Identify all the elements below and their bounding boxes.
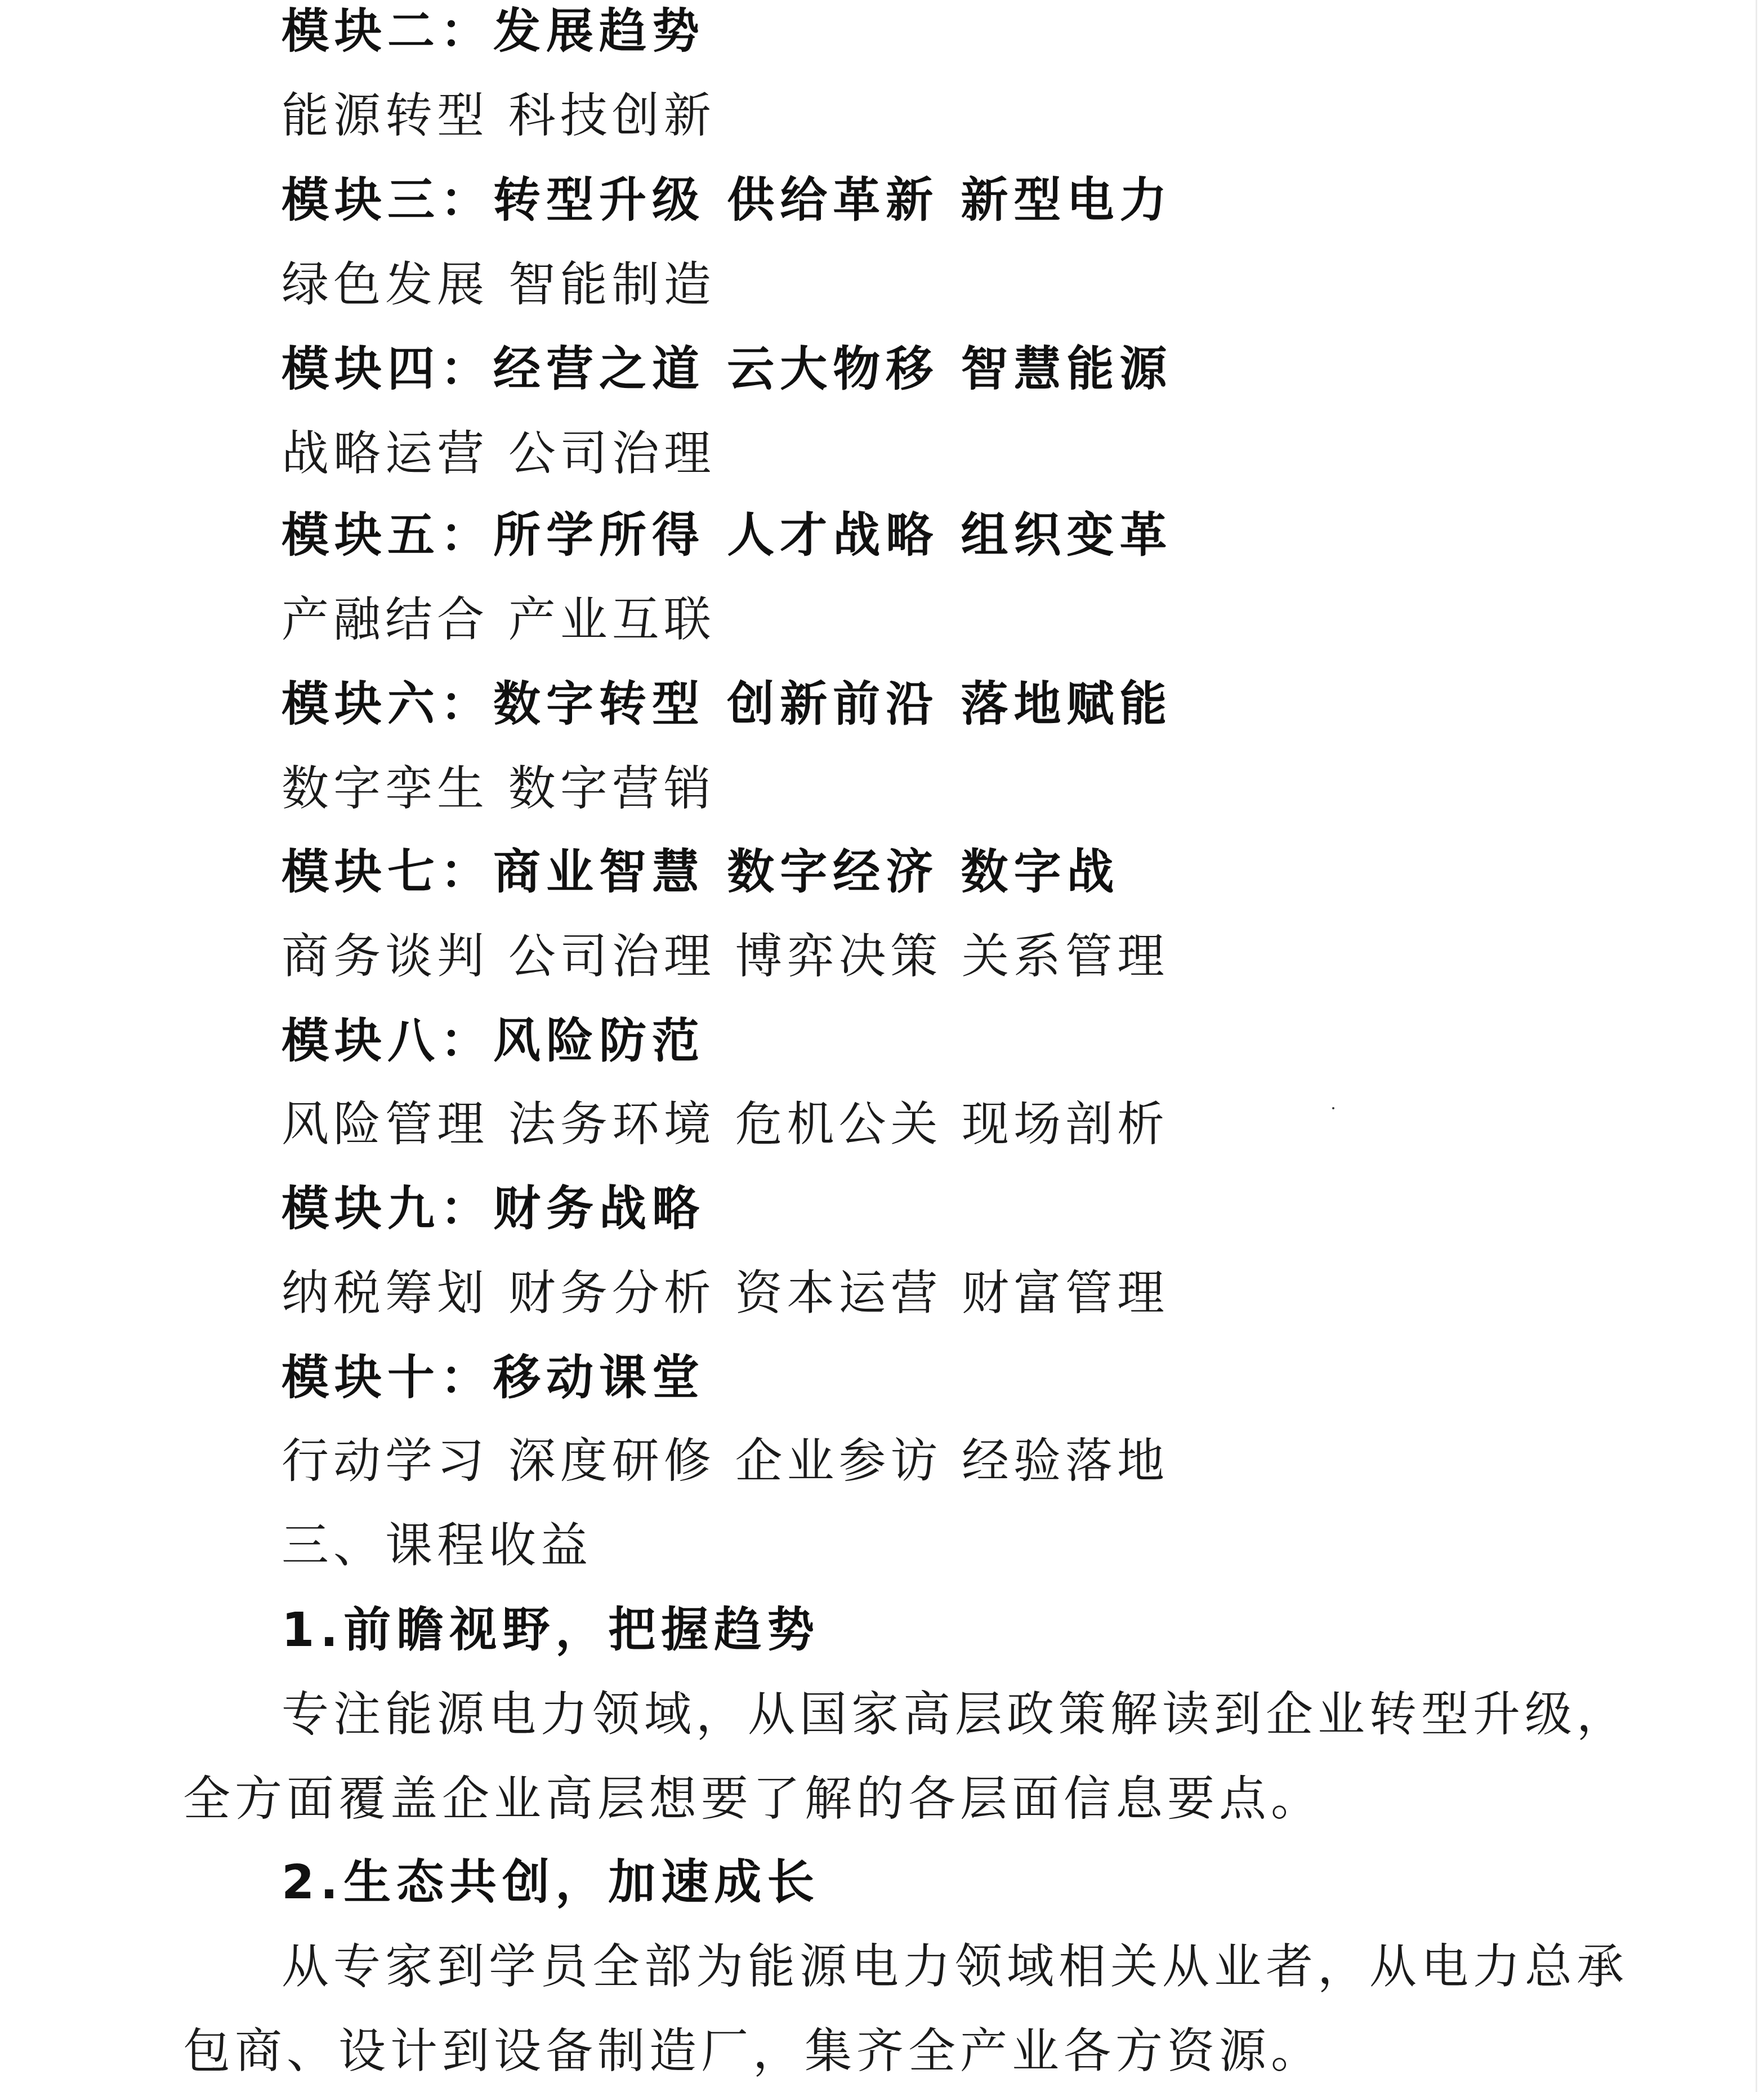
module-3-topics: 绿色发展 智能制造 [282, 256, 716, 313]
benefit-1-body-line1: 专注能源电力领域，从国家高层政策解读到企业转型升级， [282, 1686, 1628, 1742]
module-2-heading: 模块二：发展趋势 [282, 3, 705, 59]
module-5-topics: 产融结合 产业互联 [282, 591, 716, 648]
module-4-heading: 模块四：经营之道 云大物移 智慧能源 [282, 341, 1173, 397]
page-edge-divider [1756, 0, 1757, 2092]
module-4-topics: 战略运营 公司治理 [282, 425, 716, 481]
document-page: 模块二：发展趋势 能源转型 科技创新 模块三：转型升级 供给革新 新型电力 绿色… [0, 0, 1764, 2092]
module-5-heading: 模块五：所学所得 人才战略 组织变革 [282, 507, 1173, 563]
module-8-topics: 风险管理 法务环境 危机公关 现场剖析 [282, 1096, 1169, 1152]
module-3-heading: 模块三：转型升级 供给革新 新型电力 [282, 172, 1173, 228]
module-6-heading: 模块六：数字转型 创新前沿 落地赋能 [282, 676, 1173, 732]
benefit-2-body-line2: 包商、设计到设备制造厂，集齐全产业各方资源。 [183, 2023, 1323, 2079]
benefit-2-title: 2.生态共创，加速成长 [282, 1854, 820, 1910]
module-10-topics: 行动学习 深度研修 企业参访 经验落地 [282, 1433, 1169, 1489]
module-10-heading: 模块十：移动课堂 [282, 1349, 705, 1406]
module-9-topics: 纳税筹划 财务分析 资本运营 财富管理 [282, 1265, 1169, 1321]
module-8-heading: 模块八：风险防范 [282, 1012, 705, 1069]
module-6-topics: 数字孪生 数字营销 [282, 760, 716, 817]
module-2-topics: 能源转型 科技创新 [282, 87, 716, 144]
module-7-heading: 模块七：商业智慧 数字经济 数字战 [282, 844, 1120, 900]
benefit-2-body-line1: 从专家到学员全部为能源电力领域相关从业者，从电力总承 [282, 1938, 1628, 1995]
benefit-1-title: 1.前瞻视野，把握趋势 [282, 1602, 820, 1658]
scan-speck [1332, 1107, 1334, 1109]
module-7-topics: 商务谈判 公司治理 博弈决策 关系管理 [282, 928, 1169, 984]
section-heading-course-benefits: 三、课程收益 [282, 1517, 592, 1573]
benefit-1-body-line2: 全方面覆盖企业高层想要了解的各层面信息要点。 [183, 1770, 1323, 1827]
module-9-heading: 模块九：财务战略 [282, 1180, 705, 1237]
